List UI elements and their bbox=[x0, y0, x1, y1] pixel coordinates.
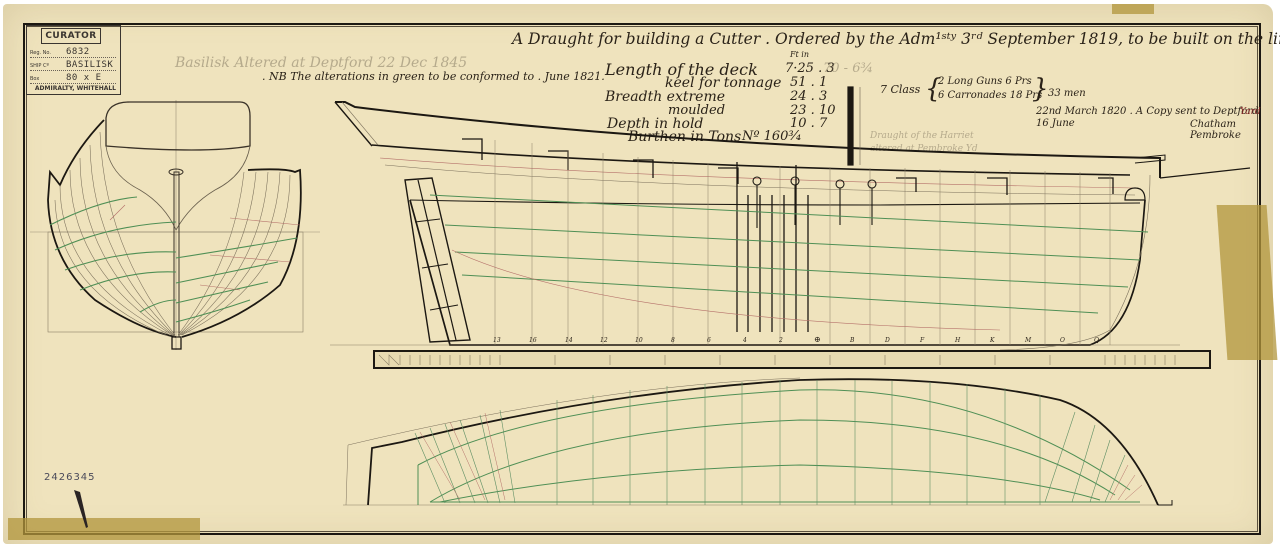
station-label: 4 bbox=[743, 337, 747, 344]
scale-bar-ticks bbox=[375, 352, 1209, 367]
station-label-midship: ⊕ bbox=[814, 335, 821, 344]
scale-bar bbox=[373, 350, 1211, 369]
body-plan bbox=[30, 100, 320, 350]
station-label: H bbox=[955, 337, 960, 344]
sheer-plan bbox=[330, 87, 1250, 350]
station-label: B bbox=[850, 337, 854, 344]
station-label: 16 bbox=[529, 337, 537, 344]
station-label: K bbox=[990, 337, 994, 344]
station-label: 10 bbox=[635, 337, 643, 344]
station-label: 2 bbox=[779, 337, 783, 344]
station-label: 8 bbox=[671, 337, 675, 344]
station-label: 14 bbox=[565, 337, 573, 344]
station-label: D bbox=[885, 337, 890, 344]
tear-mark bbox=[74, 490, 88, 528]
station-label: O bbox=[1060, 337, 1065, 344]
catalog-number: 2426345 bbox=[44, 472, 96, 483]
station-label: Q bbox=[1094, 337, 1099, 344]
station-label: 12 bbox=[600, 337, 608, 344]
half-breadth-plan bbox=[343, 378, 1172, 505]
station-label: 6 bbox=[707, 337, 711, 344]
station-label: F bbox=[920, 337, 924, 344]
ship-draught-drawing bbox=[0, 0, 1280, 546]
station-label: M bbox=[1025, 337, 1031, 344]
station-label: 13 bbox=[493, 337, 501, 344]
